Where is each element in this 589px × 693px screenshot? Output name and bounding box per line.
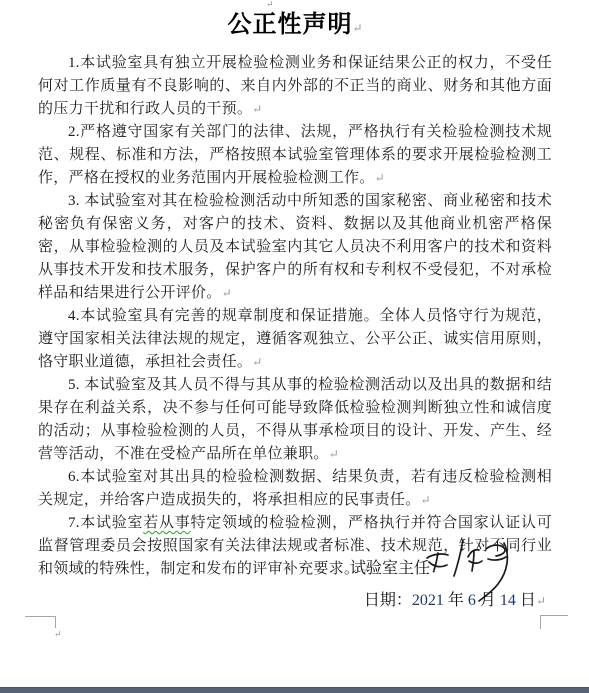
footer-boundary-mark-icon: ↵ <box>54 630 62 639</box>
paragraph-3: 3. 本试验室对其在检验检测活动中所知悉的国家秘密、商业秘密和技术秘密负有保密义… <box>38 190 552 305</box>
crop-mark-bottom-left-icon <box>25 616 56 628</box>
paragraph-4: 4.本试验室具有完善的规章制度和保证措施。全体人员恪守行为规范，遵守国家相关法律… <box>38 305 552 374</box>
pilcrow-mark-icon: ↵ <box>252 102 262 116</box>
paragraph-2: 2.严格遵守国家有关部门的法律、法规，严格执行有关检验检测技术规范、规程、标准和… <box>38 121 552 190</box>
paragraph-5-text: 5. 本试验室及其人员不得与其从事的检验检测活动以及出具的数据和结果存在利益关系… <box>38 377 552 462</box>
pilcrow-mark-icon: ↵ <box>222 286 232 300</box>
paragraph-1-text: 1.本试验室具有独立开展检验检测业务和保证结果公正的权力，不受任何对工作质量有不… <box>38 55 552 117</box>
date-line: 日期：2021 年 6 月 14 日↵ <box>38 590 552 612</box>
paragraph-2-text: 2.严格遵守国家有关部门的法律、法规，严格执行有关检验检测技术规范、规程、标准和… <box>38 124 552 186</box>
paragraph-6: 6.本试验室对其出具的检验检测数据、结果负责，若有违反检验检测相关规定，并给客户… <box>38 466 552 512</box>
pilcrow-mark-icon: ↵ <box>329 447 339 461</box>
pilcrow-mark-icon: ↵ <box>252 355 262 369</box>
date-label: 日期： <box>364 592 412 609</box>
document-body: 公正性声明↵ 1.本试验室具有独立开展检验检测业务和保证结果公正的权力，不受任何… <box>38 6 552 581</box>
paragraph-7-spellcheck-marked-text: 若从事 <box>143 515 190 531</box>
pilcrow-mark-icon: ↵ <box>421 493 431 507</box>
date-month: 6 <box>468 592 476 609</box>
page-title-text: 公正性声明 <box>227 12 352 38</box>
document-page: ↵ 公正性声明↵ 1.本试验室具有独立开展检验检测业务和保证结果公正的权力，不受… <box>0 0 589 693</box>
pilcrow-mark-icon: ↵ <box>375 171 385 185</box>
paragraph-3-text: 3. 本试验室对其在检验检测活动中所知悉的国家秘密、商业秘密和技术秘密负有保密义… <box>38 193 552 301</box>
page-title: 公正性声明↵ <box>38 10 552 43</box>
paragraph-7-prefix: 7.本试验室 <box>68 515 143 531</box>
paragraph-6-text: 6.本试验室对其出具的检验检测数据、结果负责，若有违反检验检测相关规定，并给客户… <box>38 469 552 508</box>
paragraph-1: 1.本试验室具有独立开展检验检测业务和保证结果公正的权力，不受任何对工作质量有不… <box>38 52 552 121</box>
paragraph-5: 5. 本试验室及其人员不得与其从事的检验检测活动以及出具的数据和结果存在利益关系… <box>38 374 552 466</box>
window-bottom-edge <box>0 687 589 693</box>
pilcrow-mark-icon: ↵ <box>352 21 362 35</box>
date-day: 14 <box>500 592 516 609</box>
pilcrow-mark-icon: ↵ <box>536 594 546 608</box>
date-day-unit: 日 <box>516 592 536 609</box>
date-month-unit: 月 <box>476 592 500 609</box>
paragraph-4-text: 4.本试验室具有完善的规章制度和保证措施。全体人员恪守行为规范，遵守国家相关法律… <box>38 308 552 370</box>
crop-mark-bottom-right-icon <box>540 615 568 629</box>
date-year-unit: 年 <box>444 592 468 609</box>
date-year: 2021 <box>412 592 444 609</box>
